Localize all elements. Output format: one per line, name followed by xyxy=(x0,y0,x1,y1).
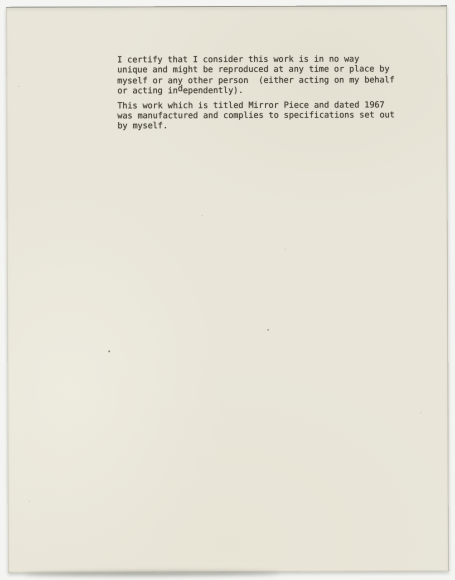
certification-paragraph-2: This work which is titled Mirror Piece a… xyxy=(117,99,394,131)
certification-paragraph-1: I certify that I consider this work is i… xyxy=(117,53,394,95)
text-line: unique and might be reproduced at any ti… xyxy=(117,64,394,75)
dust-speck xyxy=(29,501,30,502)
paper-sheet: I certify that I consider this work is i… xyxy=(6,5,449,573)
typed-text-block: I certify that I consider this work is i… xyxy=(117,53,395,131)
dust-speck xyxy=(285,249,286,250)
text-line: or acting independently). xyxy=(117,84,394,95)
dust-speck xyxy=(202,215,203,216)
dust-speck xyxy=(420,412,421,413)
text-segment: ependently). xyxy=(183,85,244,95)
text-line: was manufactured and complies to specifi… xyxy=(117,109,394,120)
raised-typewriter-character: d xyxy=(178,83,183,93)
text-line: myself or any other person (either actin… xyxy=(117,74,394,85)
dust-speck xyxy=(18,86,19,87)
dust-speck xyxy=(108,350,110,352)
dust-speck xyxy=(267,329,269,331)
text-segment: or acting in xyxy=(117,85,178,95)
scan-background: I certify that I consider this work is i… xyxy=(0,0,455,580)
text-line: by myself. xyxy=(117,120,394,131)
